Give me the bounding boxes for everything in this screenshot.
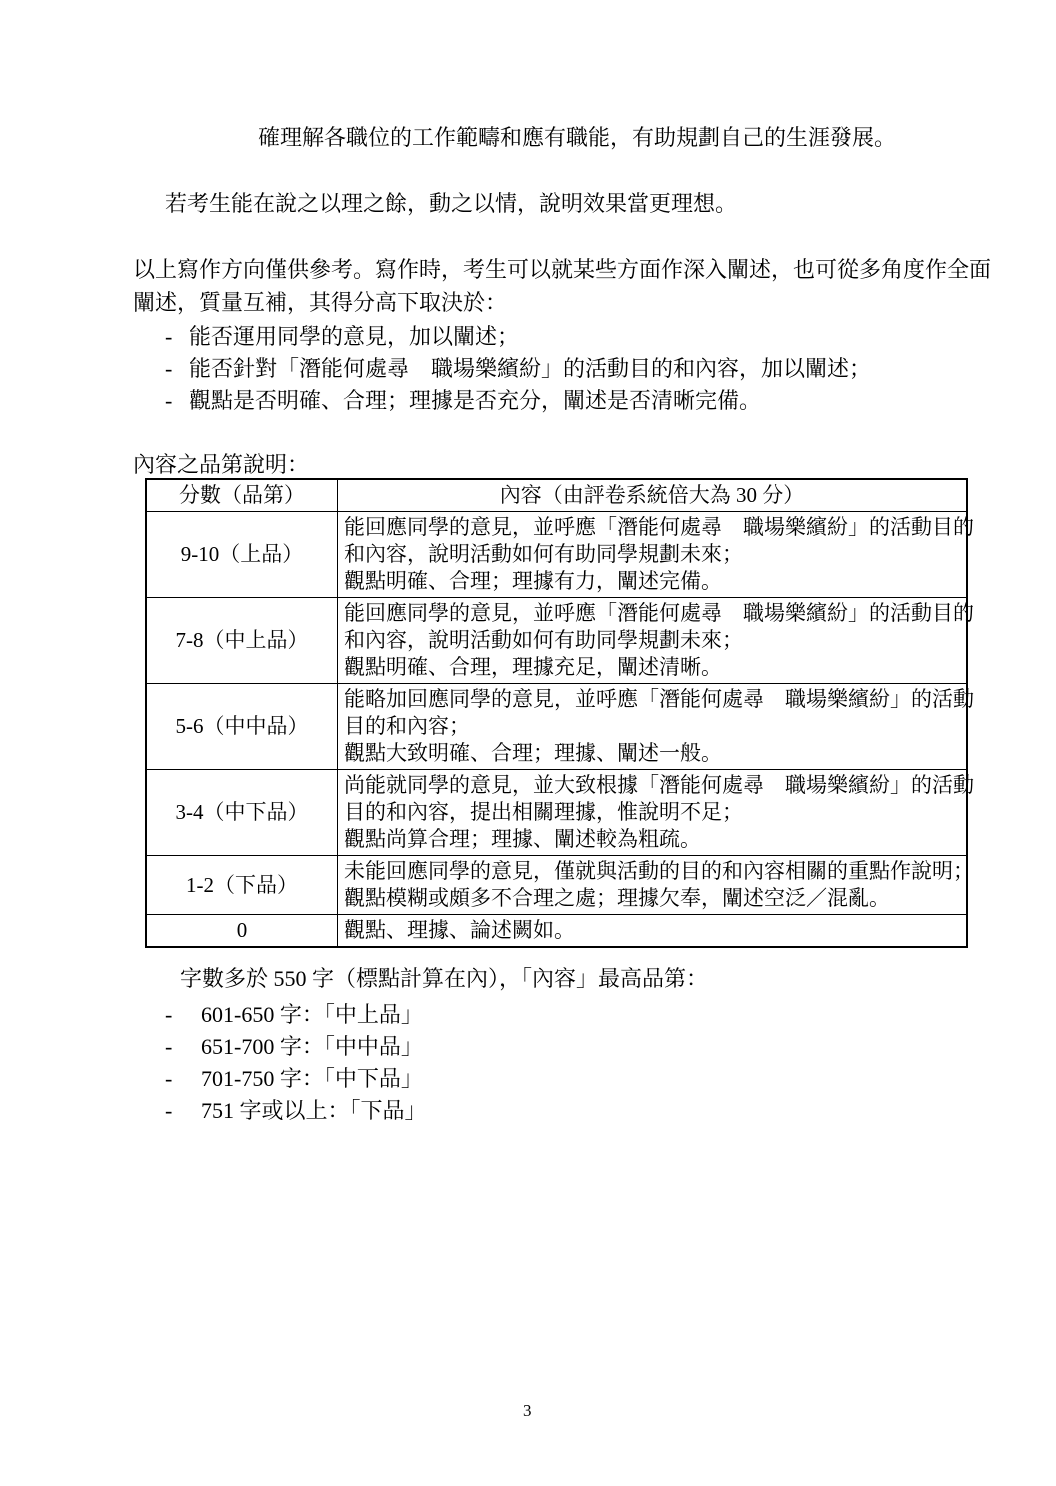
content-paragraph: 未能回應同學的意見，僅就與活動的目的和內容相關的重點作說明；	[344, 858, 977, 885]
content-paragraph: 觀點大致明確、合理；理據、闡述一般。	[344, 740, 977, 767]
content-paragraph: 觀點、理據、論述闕如。	[344, 917, 977, 944]
content-paragraph: 能回應同學的意見，並呼應「潛能何處尋 職場樂繽紛」的活動目的和內容，說明活動如何…	[344, 600, 977, 654]
word-count-heading: 字數多於 550 字（標點計算在內），「內容」最高品第：	[180, 963, 708, 995]
page-number: 3	[523, 1401, 532, 1421]
word-count-rule-text: 701-750 字：「中下品」	[201, 1063, 423, 1095]
rubric-heading: 內容之品第說明：	[133, 448, 309, 479]
table-row: 5-6（中中品） 能略加回應同學的意見，並呼應「潛能何處尋 職場樂繽紛」的活動目…	[146, 684, 967, 770]
rubric-table: 分數（品第） 內容（由評卷系統倍大為 30 分） 9-10（上品） 能回應同學的…	[145, 478, 968, 948]
score-cell: 5-6（中中品）	[146, 684, 338, 770]
criteria-bullet-item: - 能否運用同學的意見，加以闡述；	[165, 321, 871, 353]
bullet-dash: -	[165, 321, 189, 353]
score-cell: 9-10（上品）	[146, 512, 338, 598]
criteria-bullet-item: - 觀點是否明確、合理；理據是否充分，闡述是否清晰完備。	[165, 385, 871, 417]
content-paragraph: 觀點模糊或頗多不合理之處；理據欠奉，闡述空泛／混亂。	[344, 885, 977, 912]
score-cell: 0	[146, 915, 338, 948]
score-cell: 7-8（中上品）	[146, 598, 338, 684]
word-count-rule-item: - 601-650 字：「中上品」	[165, 999, 427, 1031]
rubric-header-content: 內容（由評卷系統倍大為 30 分）	[338, 479, 968, 512]
content-paragraph: 能略加回應同學的意見，並呼應「潛能何處尋 職場樂繽紛」的活動目的和內容；	[344, 686, 977, 740]
table-row: 1-2（下品） 未能回應同學的意見，僅就與活動的目的和內容相關的重點作說明； 觀…	[146, 856, 967, 915]
criteria-bullet-text: 觀點是否明確、合理；理據是否充分，闡述是否清晰完備。	[189, 385, 761, 417]
table-row: 9-10（上品） 能回應同學的意見，並呼應「潛能何處尋 職場樂繽紛」的活動目的和…	[146, 512, 967, 598]
score-cell: 3-4（中下品）	[146, 770, 338, 856]
bullet-dash: -	[165, 353, 189, 385]
content-paragraph: 觀點明確、合理；理據有力，闡述完備。	[344, 568, 977, 595]
content-cell: 能回應同學的意見，並呼應「潛能何處尋 職場樂繽紛」的活動目的和內容，說明活動如何…	[338, 512, 968, 598]
rubric-header-score: 分數（品第）	[146, 479, 338, 512]
content-paragraph: 能回應同學的意見，並呼應「潛能何處尋 職場樂繽紛」的活動目的和內容，說明活動如何…	[344, 514, 977, 568]
continuation-line: 確理解各職位的工作範疇和應有職能，有助規劃自己的生涯發展。	[258, 122, 896, 154]
word-count-rule-text: 651-700 字：「中中品」	[201, 1031, 423, 1063]
content-paragraph: 觀點明確、合理，理據充足，闡述清晰。	[344, 654, 977, 681]
word-count-rule-item: - 701-750 字：「中下品」	[165, 1063, 427, 1095]
bullet-dash: -	[165, 1063, 201, 1095]
criteria-bullet-item: - 能否針對「潛能何處尋 職場樂繽紛」的活動目的和內容，加以闡述；	[165, 353, 871, 385]
word-count-rule-text: 601-650 字：「中上品」	[201, 999, 423, 1031]
criteria-bullet-text: 能否針對「潛能何處尋 職場樂繽紛」的活動目的和內容，加以闡述；	[189, 353, 871, 385]
word-count-rule-item: - 651-700 字：「中中品」	[165, 1031, 427, 1063]
table-row: 7-8（中上品） 能回應同學的意見，並呼應「潛能何處尋 職場樂繽紛」的活動目的和…	[146, 598, 967, 684]
bullet-dash: -	[165, 1095, 201, 1127]
word-count-rule-item: - 751 字或以上：「下品」	[165, 1095, 427, 1127]
document-page: 確理解各職位的工作範疇和應有職能，有助規劃自己的生涯發展。 若考生能在說之以理之…	[0, 0, 1056, 1486]
content-paragraph: 觀點尚算合理；理據、闡述較為粗疏。	[344, 826, 977, 853]
content-cell: 尚能就同學的意見，並大致根據「潛能何處尋 職場樂繽紛」的活動目的和內容，提出相關…	[338, 770, 968, 856]
table-row: 0 觀點、理據、論述闕如。	[146, 915, 967, 948]
content-paragraph: 尚能就同學的意見，並大致根據「潛能何處尋 職場樂繽紛」的活動目的和內容，提出相關…	[344, 772, 977, 826]
bullet-dash: -	[165, 999, 201, 1031]
bullet-dash: -	[165, 385, 189, 417]
content-cell: 未能回應同學的意見，僅就與活動的目的和內容相關的重點作說明； 觀點模糊或頗多不合…	[338, 856, 968, 915]
criteria-bullet-list: - 能否運用同學的意見，加以闡述； - 能否針對「潛能何處尋 職場樂繽紛」的活動…	[165, 321, 871, 417]
criteria-bullet-text: 能否運用同學的意見，加以闡述；	[189, 321, 519, 353]
word-count-rule-list: - 601-650 字：「中上品」 - 651-700 字：「中中品」 - 70…	[165, 999, 427, 1127]
guidance-paragraph: 以上寫作方向僅供參考。寫作時，考生可以就某些方面作深入闡述，也可從多角度作全面闡…	[133, 253, 995, 319]
word-count-rule-text: 751 字或以上：「下品」	[201, 1095, 427, 1127]
content-cell: 能回應同學的意見，並呼應「潛能何處尋 職場樂繽紛」的活動目的和內容，說明活動如何…	[338, 598, 968, 684]
bullet-dash: -	[165, 1031, 201, 1063]
score-cell: 1-2（下品）	[146, 856, 338, 915]
rubric-table-header-row: 分數（品第） 內容（由評卷系統倍大為 30 分）	[146, 479, 967, 512]
content-cell: 能略加回應同學的意見，並呼應「潛能何處尋 職場樂繽紛」的活動目的和內容； 觀點大…	[338, 684, 968, 770]
remark-line: 若考生能在說之以理之餘，動之以情，說明效果當更理想。	[165, 188, 737, 220]
content-cell: 觀點、理據、論述闕如。	[338, 915, 968, 948]
table-row: 3-4（中下品） 尚能就同學的意見，並大致根據「潛能何處尋 職場樂繽紛」的活動目…	[146, 770, 967, 856]
